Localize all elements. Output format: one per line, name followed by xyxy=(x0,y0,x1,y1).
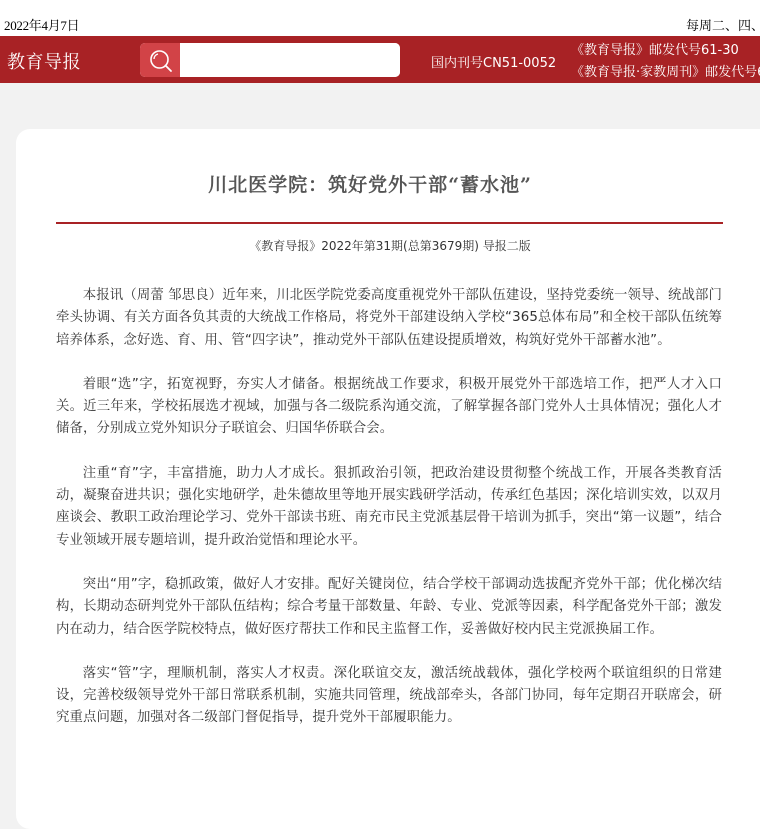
article-paragraph: 着眼“选”字，拓宽视野，夯实人才储备。根据统战工作要求，积极开展党外干部选培工作… xyxy=(56,374,722,441)
search-button[interactable] xyxy=(140,43,180,77)
publish-schedule: 每周二、四、 xyxy=(686,15,760,34)
site-logo[interactable]: 教育导报 xyxy=(7,48,81,74)
article-title: 川北医学院：筑好党外干部“蓄水池” xyxy=(0,170,740,197)
search-icon xyxy=(148,48,174,74)
postal-code-line: 《教育导报》邮发代号61-30 xyxy=(571,40,760,62)
postal-codes: 《教育导报》邮发代号61-30 《教育导报·家教周刊》邮发代号6 xyxy=(571,40,760,83)
postal-code-line: 《教育导报·家教周刊》邮发代号6 xyxy=(571,62,760,83)
article-paragraph: 突出“用”字，稳抓政策，做好人才安排。配好关键岗位，结合学校干部调动选拔配齐党外… xyxy=(56,574,722,641)
site-header: 教育导报 国内刊号CN51-0052 《教育导报》邮发代号61-30 《教育导报… xyxy=(0,36,760,83)
article-body: 本报讯（周蕾 邹思良）近年来，川北医学院党委高度重视党外干部队伍建设，坚持党委统… xyxy=(56,285,722,752)
search-input[interactable] xyxy=(180,43,400,77)
article-paragraph: 本报讯（周蕾 邹思良）近年来，川北医学院党委高度重视党外干部队伍建设，坚持党委统… xyxy=(56,285,722,352)
issn-number: 国内刊号CN51-0052 xyxy=(431,52,556,71)
article-paragraph: 注重“育”字，丰富措施，助力人才成长。狠抓政治引领，把政治建设贯彻整个统战工作，… xyxy=(56,463,722,552)
title-divider xyxy=(56,222,723,224)
article-source: 《教育导报》2022年第31期(总第3679期) 导报二版 xyxy=(0,237,760,254)
top-bar: 2022年4月7日 每周二、四、 xyxy=(0,0,760,36)
article-paragraph: 落实“管”字，理顺机制，落实人才权责。深化联谊交友，激活统战载体，强化学校两个联… xyxy=(56,663,722,730)
current-date: 2022年4月7日 xyxy=(4,15,79,34)
search-box xyxy=(140,43,400,77)
